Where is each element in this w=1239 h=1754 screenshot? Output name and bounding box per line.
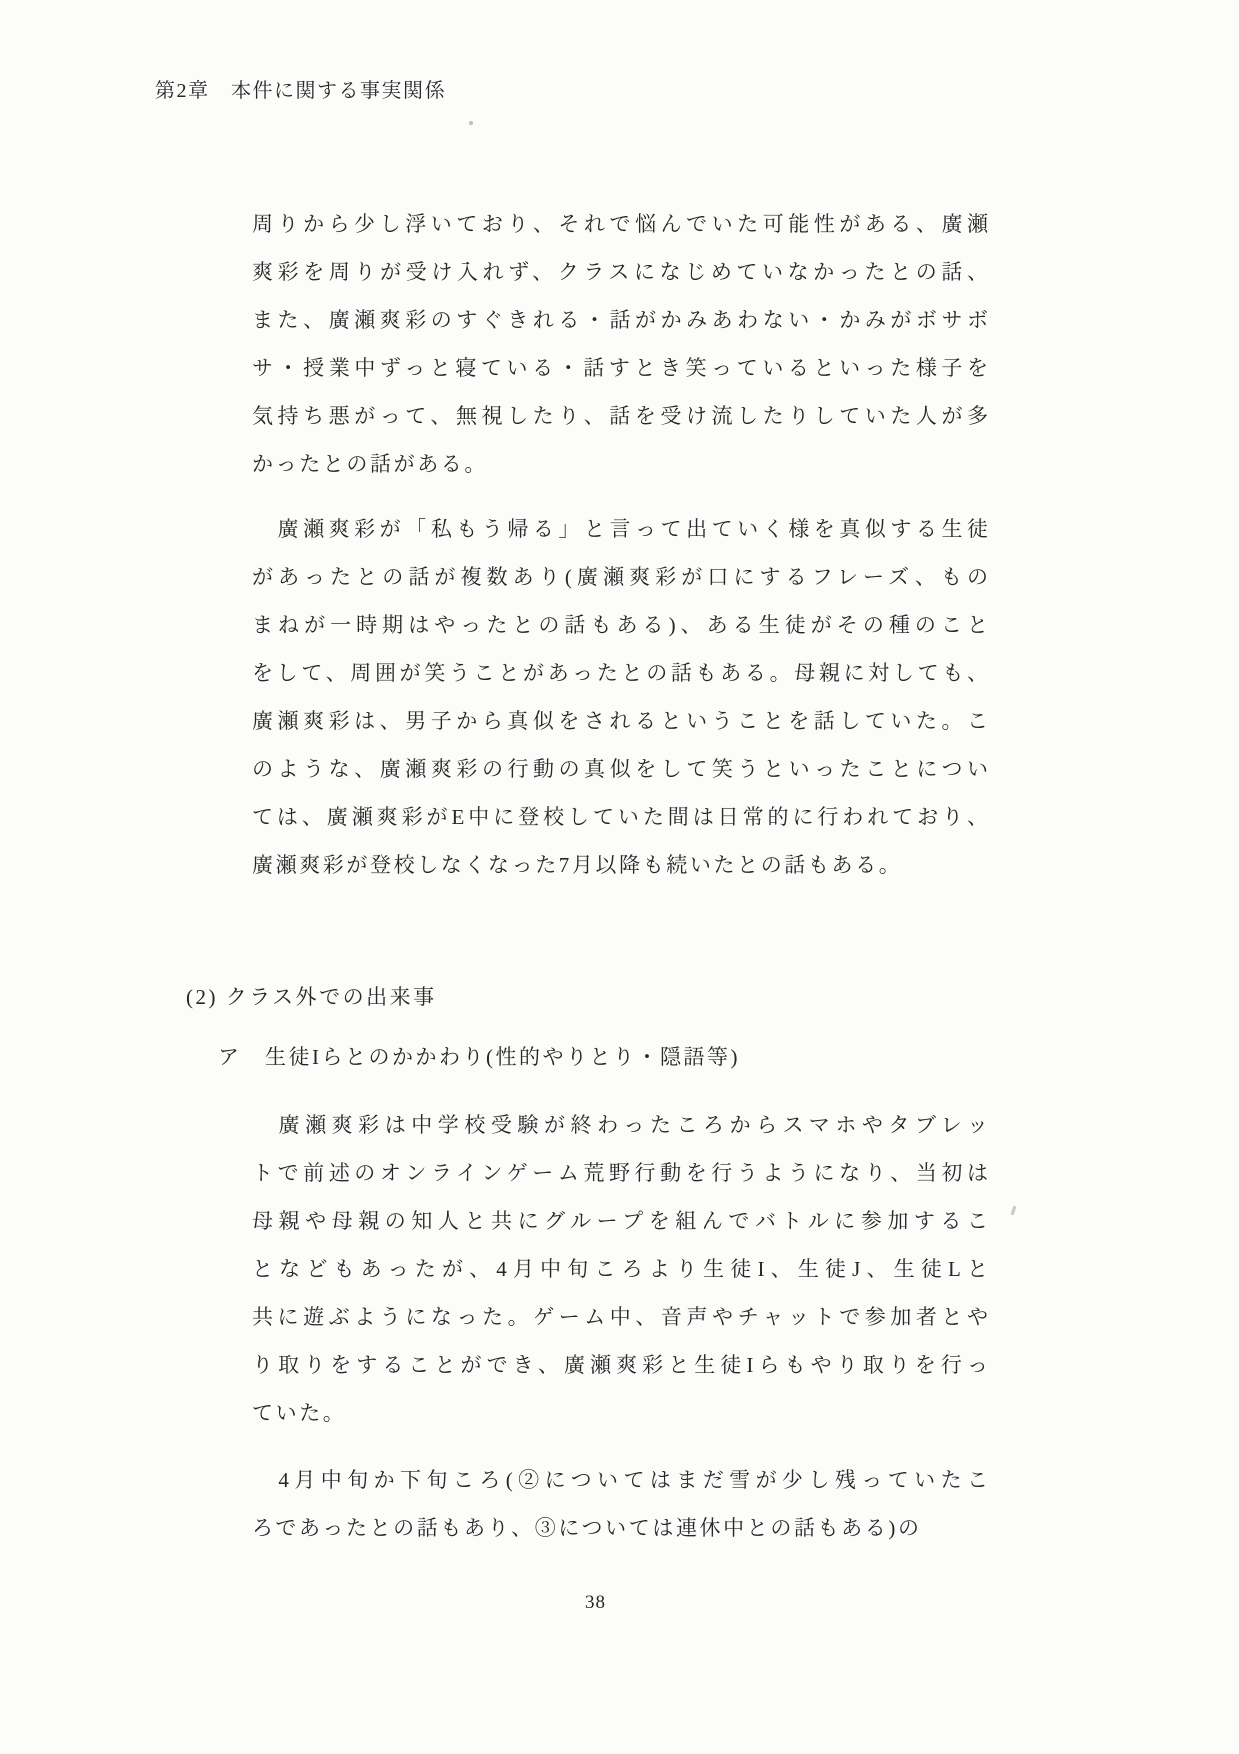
chapter-header: 第2章 本件に関する事実関係 bbox=[155, 74, 446, 103]
scan-artifact-dot bbox=[469, 121, 473, 125]
paragraph-april-events: 4月中旬か下旬ころ(②についてはまだ雪が少し残っていたころであったとの話もあり、… bbox=[252, 1456, 988, 1552]
text-line: 廣瀬爽彩は中学校受験が終わったころからスマホやタブレッ bbox=[252, 1101, 988, 1149]
paragraph-classmates-reaction: 周りから少し浮いており、それで悩んでいた可能性がある、廣瀬爽彩を周りが受け入れず… bbox=[252, 200, 988, 488]
text-line: また、廣瀬爽彩のすぐきれる・話がかみあわない・かみがボサボ bbox=[252, 296, 988, 344]
text-line: 周りから少し浮いており、それで悩んでいた可能性がある、廣瀬 bbox=[252, 200, 988, 248]
text-line: があったとの話が複数あり(廣瀬爽彩が口にするフレーズ、もの bbox=[252, 553, 988, 601]
text-line: 4月中旬か下旬ころ(②についてはまだ雪が少し残っていたこ bbox=[252, 1456, 988, 1504]
text-line: のような、廣瀬爽彩の行動の真似をして笑うといったことについ bbox=[252, 745, 988, 793]
text-line: 廣瀬爽彩は、男子から真似をされるということを話していた。こ bbox=[252, 697, 988, 745]
text-line: 爽彩を周りが受け入れず、クラスになじめていなかったとの話、 bbox=[252, 248, 988, 296]
text-line: ていた。 bbox=[252, 1389, 988, 1437]
text-line: となどもあったが、4月中旬ころより生徒I、生徒J、生徒Lと bbox=[252, 1245, 988, 1293]
text-line: 気持ち悪がって、無視したり、話を受け流したりしていた人が多 bbox=[252, 392, 988, 440]
text-line: ろであったとの話もあり、③については連休中との話もある)の bbox=[252, 1504, 988, 1552]
text-line: ては、廣瀬爽彩がE中に登校していた間は日常的に行われており、 bbox=[252, 793, 988, 841]
subsection-heading: ア 生徒Iらとのかかわり(性的やりとり・隠語等) bbox=[218, 1033, 988, 1081]
paragraph-imitation-episodes: 廣瀬爽彩が「私もう帰る」と言って出ていく様を真似する生徒があったとの話が複数あり… bbox=[252, 505, 988, 889]
text-line: まねが一時期はやったとの話もある)、ある生徒がその種のこと bbox=[252, 601, 988, 649]
text-line: トで前述のオンラインゲーム荒野行動を行うようになり、当初は bbox=[252, 1149, 988, 1197]
text-line: 廣瀬爽彩が「私もう帰る」と言って出ていく様を真似する生徒 bbox=[252, 505, 988, 553]
text-line: をして、周囲が笑うことがあったとの話もある。母親に対しても、 bbox=[252, 649, 988, 697]
text-line: 廣瀬爽彩が登校しなくなった7月以降も続いたとの話もある。 bbox=[252, 841, 988, 889]
scanned-document-page: 第2章 本件に関する事実関係 周りから少し浮いており、それで悩んでいた可能性があ… bbox=[0, 0, 1239, 1754]
text-line: り取りをすることができ、廣瀬爽彩と生徒Iらもやり取りを行っ bbox=[252, 1341, 988, 1389]
page-number: 38 bbox=[585, 1592, 606, 1614]
text-line: 母親や母親の知人と共にグループを組んでバトルに参加するこ bbox=[252, 1197, 988, 1245]
paragraph-online-game: 廣瀬爽彩は中学校受験が終わったころからスマホやタブレットで前述のオンラインゲーム… bbox=[252, 1101, 988, 1437]
scan-artifact-mark bbox=[1011, 1206, 1017, 1215]
body-column: 周りから少し浮いており、それで悩んでいた可能性がある、廣瀬爽彩を周りが受け入れず… bbox=[252, 200, 988, 1552]
text-line: 共に遊ぶようになった。ゲーム中、音声やチャットで参加者とや bbox=[252, 1293, 988, 1341]
text-line: かったとの話がある。 bbox=[252, 440, 988, 488]
section-heading: (2) クラス外での出来事 bbox=[186, 973, 988, 1021]
text-line: サ・授業中ずっと寝ている・話すとき笑っているといった様子を bbox=[252, 344, 988, 392]
